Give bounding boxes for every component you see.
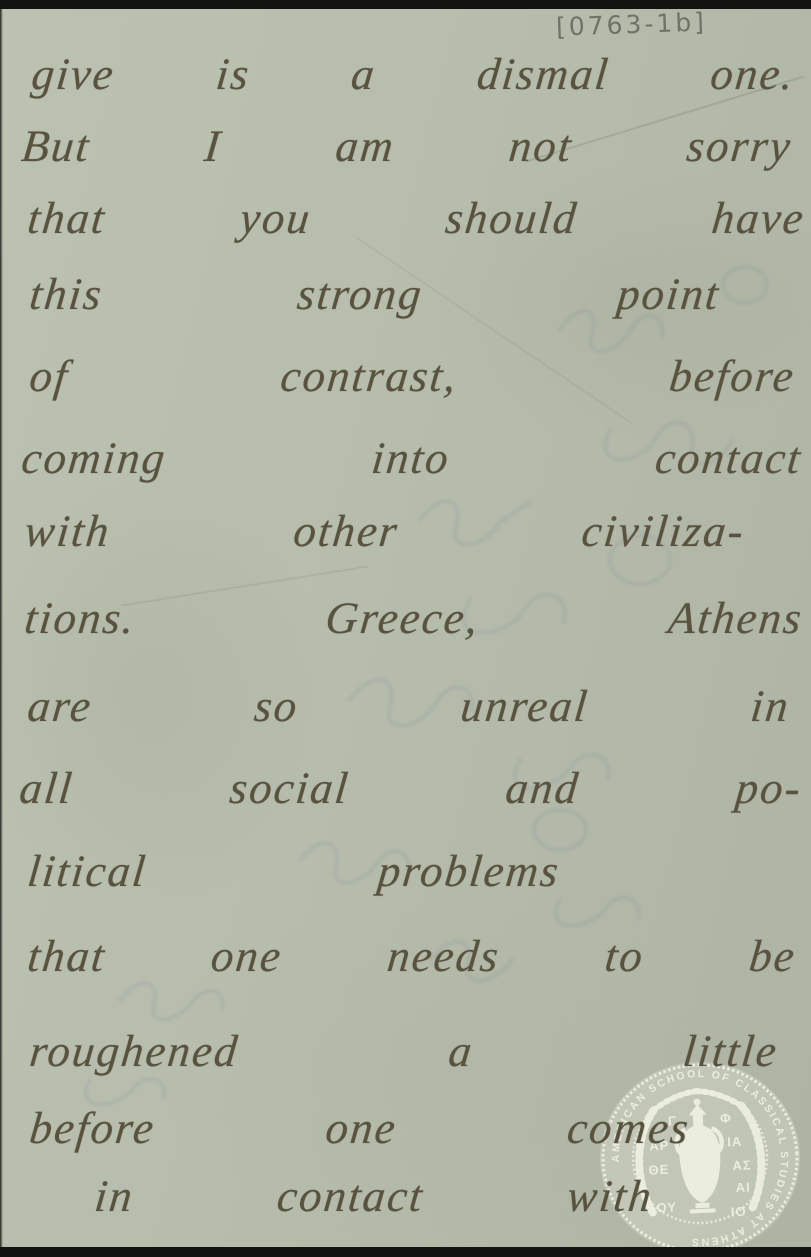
seal-greek-letter: ΙΟ bbox=[730, 1204, 746, 1220]
letter-line: litical problems bbox=[25, 845, 562, 897]
letter-line: that you should have bbox=[25, 192, 807, 244]
letter-line: before one comes bbox=[27, 1102, 692, 1154]
letter-line: that one needs to be bbox=[25, 930, 798, 982]
archive-label: [0763-1b] bbox=[556, 7, 708, 41]
seal-greek-letter: ΙΑ bbox=[727, 1134, 743, 1150]
embossed-seal: AMERICAN SCHOOL OF CLASSICAL STUDIES AT … bbox=[589, 1053, 811, 1257]
letter-line: coming into contact bbox=[19, 432, 804, 484]
scan-edge-top bbox=[0, 0, 811, 9]
letter-line: tions. Greece, Athens bbox=[22, 592, 805, 644]
letter-line: are so unreal in bbox=[25, 680, 792, 732]
letter-line: roughened a little bbox=[27, 1025, 780, 1077]
scan-edge-bottom bbox=[0, 1247, 811, 1257]
letter-line: with other civiliza- bbox=[22, 505, 747, 557]
scan-edge-left bbox=[0, 0, 3, 1257]
seal-greek-letter: ΟΥ bbox=[656, 1199, 677, 1215]
letter-line: But I am not sorry bbox=[19, 120, 794, 172]
seal-greek-letter: Φ bbox=[720, 1110, 732, 1126]
letter-scan-page: [0763-1b] AMERICAN SCHOOL OF CLASSICAL S… bbox=[0, 0, 811, 1257]
letter-line: of contrast, before bbox=[27, 350, 797, 402]
letter-line: in contact with bbox=[92, 1170, 655, 1222]
letter-line: this strong point bbox=[27, 268, 722, 320]
letter-paper: [0763-1b] AMERICAN SCHOOL OF CLASSICAL S… bbox=[0, 0, 811, 1257]
letter-line: all social and po- bbox=[17, 762, 804, 814]
letter-line: give is a dismal one. bbox=[29, 48, 797, 100]
seal-greek-letter: ΑΙ bbox=[735, 1179, 751, 1195]
seal-greek-letter: ΑΣ bbox=[732, 1157, 752, 1173]
